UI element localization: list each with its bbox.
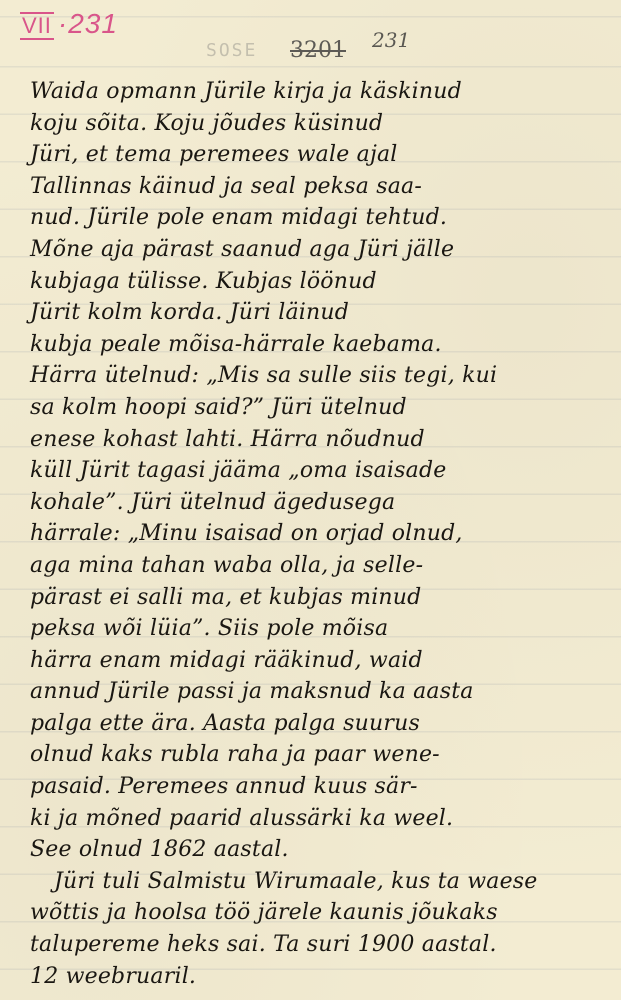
text-line: kubja peale mõisa-härrale kaebama. <box>30 329 613 361</box>
text-line: 12 weebruaril. <box>30 961 613 993</box>
text-line: nud. Jürile pole enam midagi tehtud. <box>30 202 613 234</box>
text-line: aga mina tahan waba olla, ja selle- <box>30 550 613 582</box>
text-line: Tallinnas käinud ja seal peksa saa- <box>30 171 613 203</box>
manuscript-page: VII·231 SOSE 3201 231 Waida opmann Jüril… <box>0 0 621 1000</box>
text-line: härrale: „Minu isaisad on orjad olnud, <box>30 518 613 550</box>
text-line: Jürit kolm korda. Jüri läinud <box>30 297 613 329</box>
page-number: 231 <box>372 28 410 52</box>
text-line: Mõne aja pärast saanud aga Jüri jälle <box>30 234 613 266</box>
text-line: Waida opmann Jürile kirja ja käskinud <box>30 76 613 108</box>
faded-stamp: SOSE <box>206 40 257 61</box>
archive-reference-mark: VII·231 <box>20 8 118 40</box>
text-line: küll Jürit tagasi jääma „oma isaisade <box>30 455 613 487</box>
handwritten-text: Waida opmann Jürile kirja ja käskinud ko… <box>30 76 613 992</box>
text-line: Härra ütelnud: „Mis sa sulle siis tegi, … <box>30 360 613 392</box>
text-line: wõttis ja hoolsa töö järele kaunis jõuka… <box>30 897 613 929</box>
text-line: Jüri, et tema peremees wale ajal <box>30 139 613 171</box>
text-line: pärast ei salli ma, et kubjas minud <box>30 582 613 614</box>
text-line: kohale”. Jüri ütelnud ägedusega <box>30 487 613 519</box>
text-line: sa kolm hoopi said?” Jüri ütelnud <box>30 392 613 424</box>
text-line: talupereme heks sai. Ta suri 1900 aastal… <box>30 929 613 961</box>
text-line: pasaid. Peremees annud kuus sär- <box>30 771 613 803</box>
text-line: annud Jürile passi ja maksnud ka aasta <box>30 676 613 708</box>
text-line: ki ja mõned paarid alussärki ka weel. <box>30 803 613 835</box>
archive-separator: · <box>58 8 68 39</box>
archive-volume: VII <box>20 12 54 40</box>
text-line: kubjaga tülisse. Kubjas löönud <box>30 266 613 298</box>
text-line: palga ette ära. Aasta palga suurus <box>30 708 613 740</box>
text-line: See olnud 1862 aastal. <box>30 834 613 866</box>
struck-page-number: 3201 <box>290 38 346 63</box>
text-line: peksa wõi lüia”. Siis pole mõisa <box>30 613 613 645</box>
text-line: Jüri tuli Salmistu Wirumaale, kus ta wae… <box>30 866 613 898</box>
archive-page-number: 231 <box>68 8 118 39</box>
text-line: koju sõita. Koju jõudes küsinud <box>30 108 613 140</box>
text-line: olnud kaks rubla raha ja paar wene- <box>30 739 613 771</box>
text-line: härra enam midagi rääkinud, waid <box>30 645 613 677</box>
text-line: enese kohast lahti. Härra nõudnud <box>30 424 613 456</box>
